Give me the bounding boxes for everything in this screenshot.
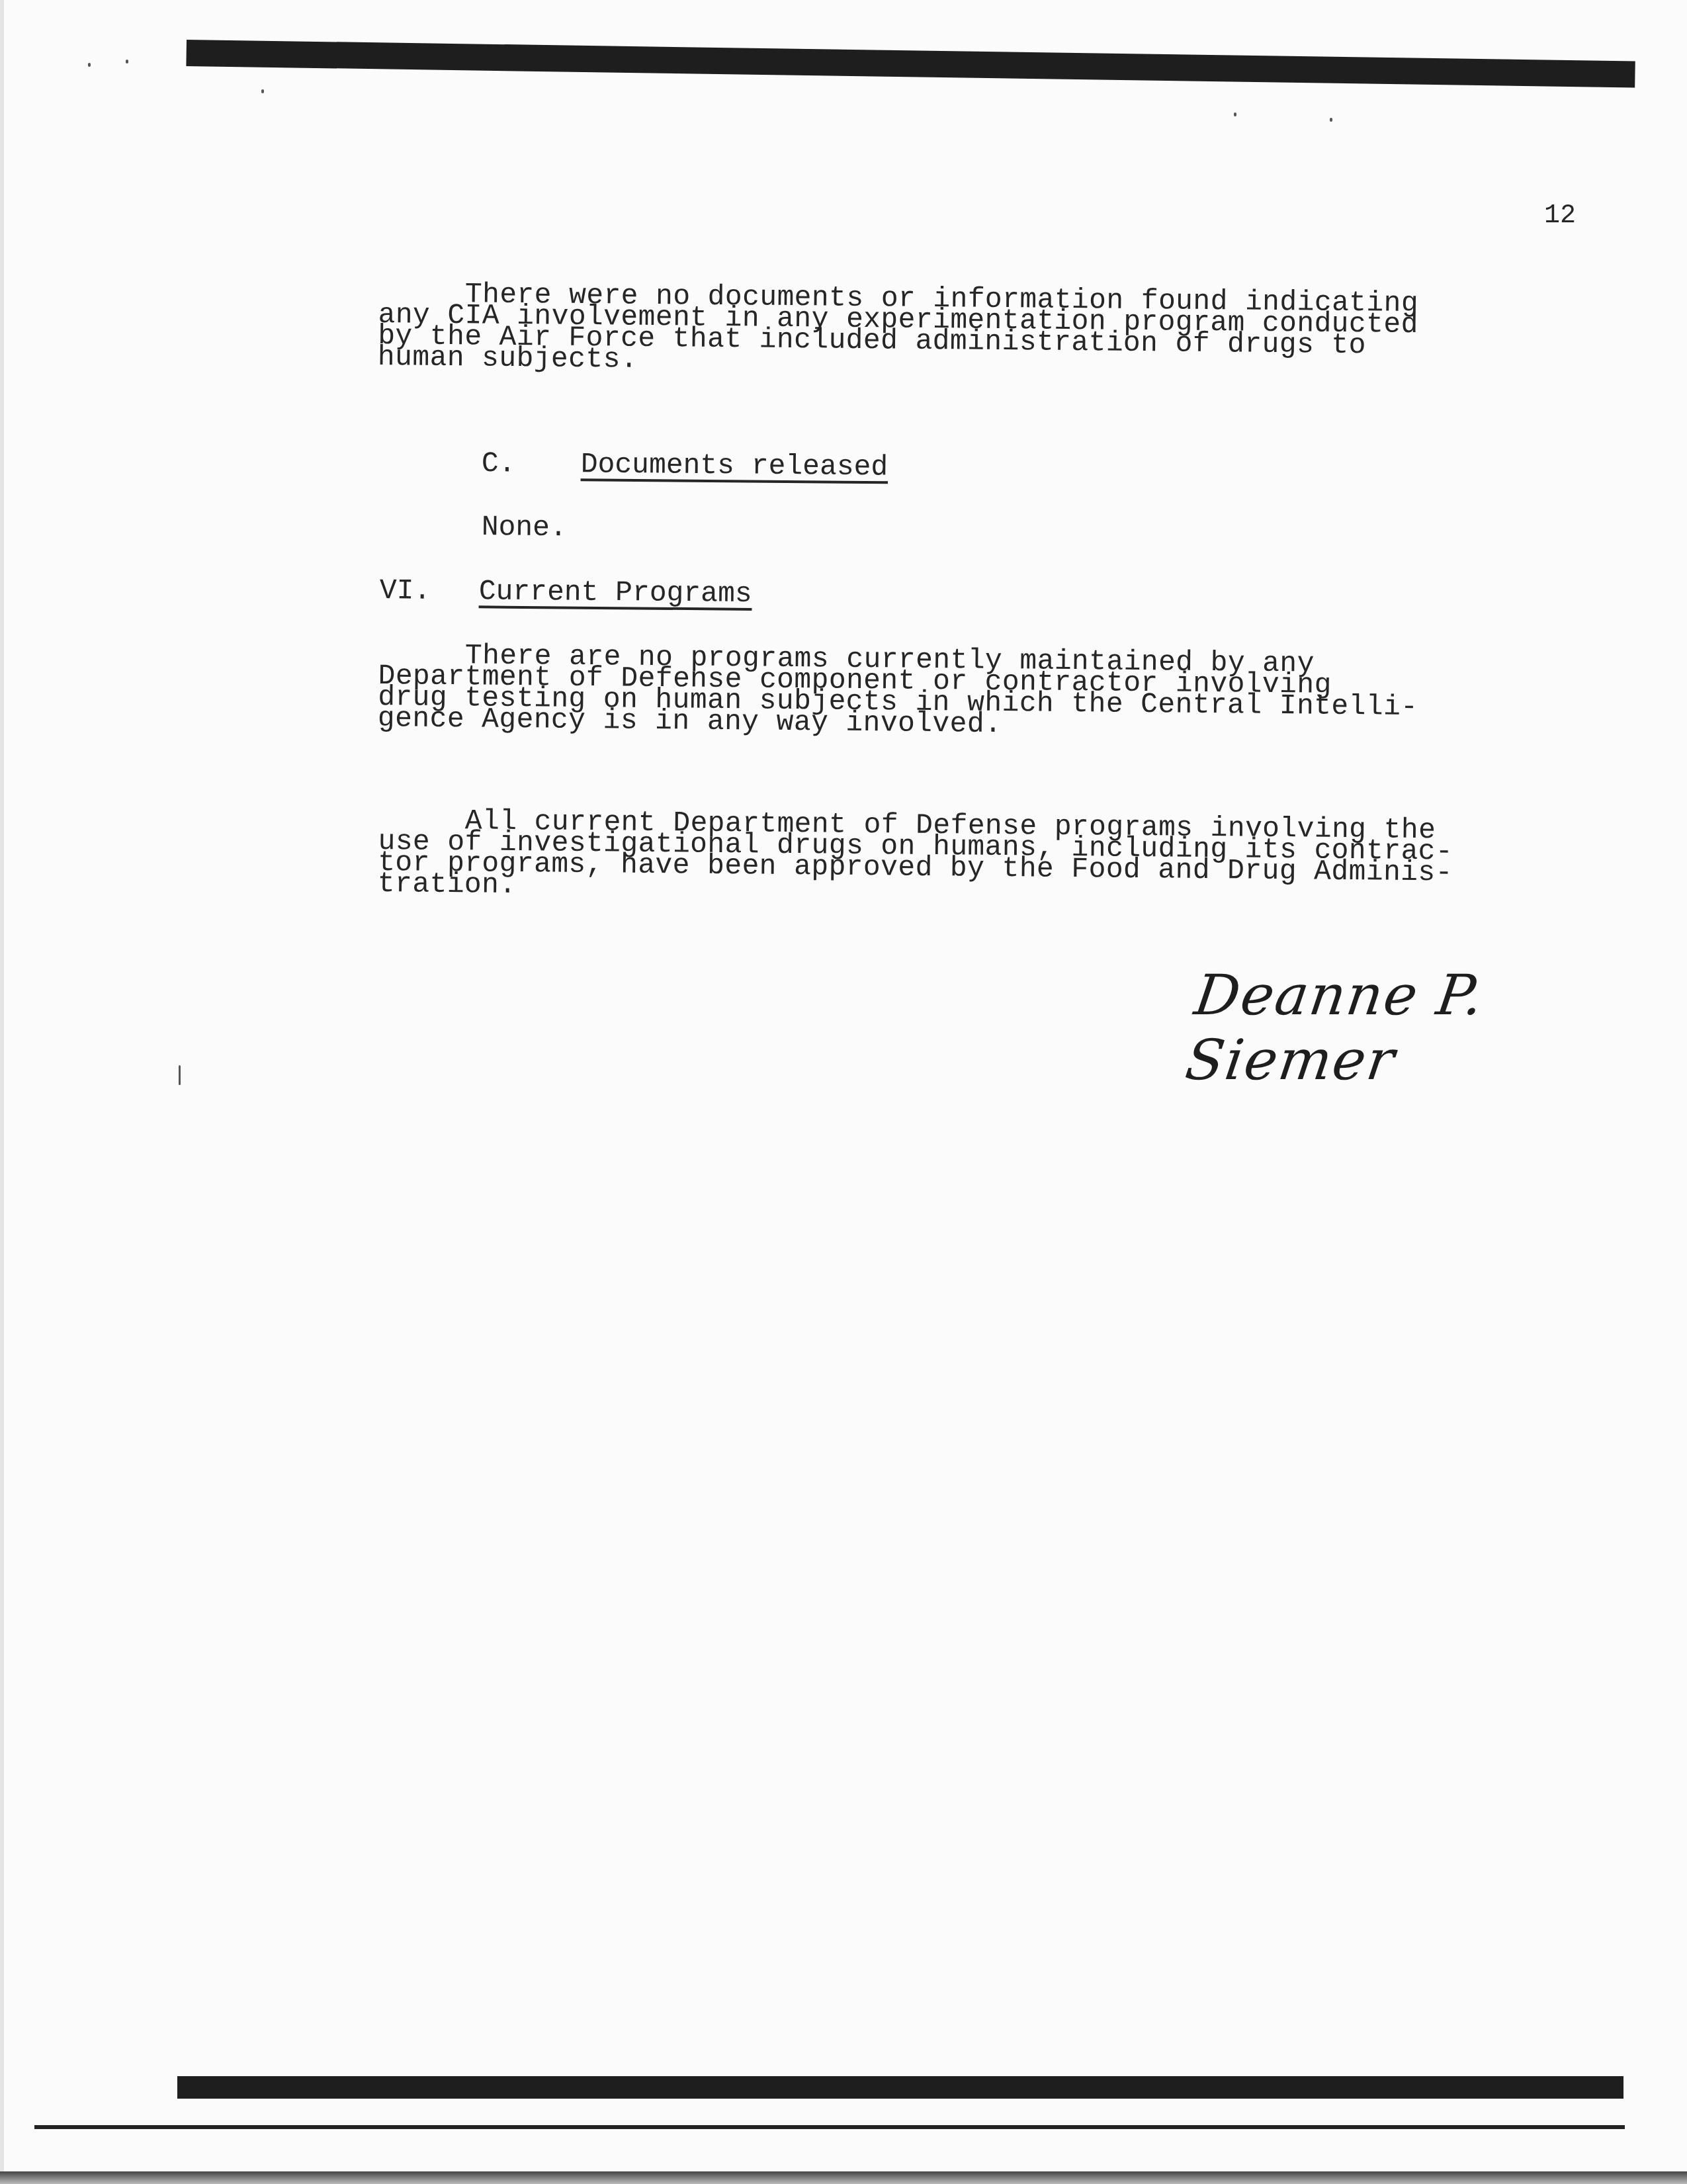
section-number: C. bbox=[482, 447, 581, 480]
section-title: Documents released bbox=[581, 448, 888, 483]
top-scan-bar bbox=[186, 40, 1635, 87]
section-title: Current Programs bbox=[479, 575, 752, 610]
handwritten-signature: Deanne P. Siemer bbox=[1182, 963, 1687, 1092]
section-c-heading: C.Documents released bbox=[482, 447, 888, 483]
bottom-scan-bar bbox=[177, 2076, 1623, 2099]
scan-speck bbox=[1234, 112, 1236, 116]
paragraph-no-documents: There were no documents or information f… bbox=[378, 283, 1582, 379]
scan-speck bbox=[261, 89, 264, 93]
scan-speck bbox=[126, 60, 128, 64]
text-line: tor programs, have been approved by the … bbox=[378, 852, 1582, 885]
paragraph-no-programs: There are no programs currently maintain… bbox=[378, 644, 1582, 740]
page-edge bbox=[0, 0, 4, 2184]
section-c-body: None. bbox=[482, 511, 567, 544]
bottom-rule bbox=[34, 2125, 1625, 2129]
scan-mark bbox=[179, 1065, 181, 1085]
section-number: VI. bbox=[380, 574, 479, 607]
paragraph-fda-approval: All current Department of Defense progra… bbox=[378, 810, 1582, 906]
scan-speck bbox=[88, 63, 91, 67]
page-bottom-edge bbox=[0, 2171, 1687, 2184]
section-vi-heading: VI.Current Programs bbox=[380, 574, 752, 610]
page-number: 12 bbox=[1544, 201, 1576, 231]
scan-speck bbox=[1330, 118, 1332, 122]
